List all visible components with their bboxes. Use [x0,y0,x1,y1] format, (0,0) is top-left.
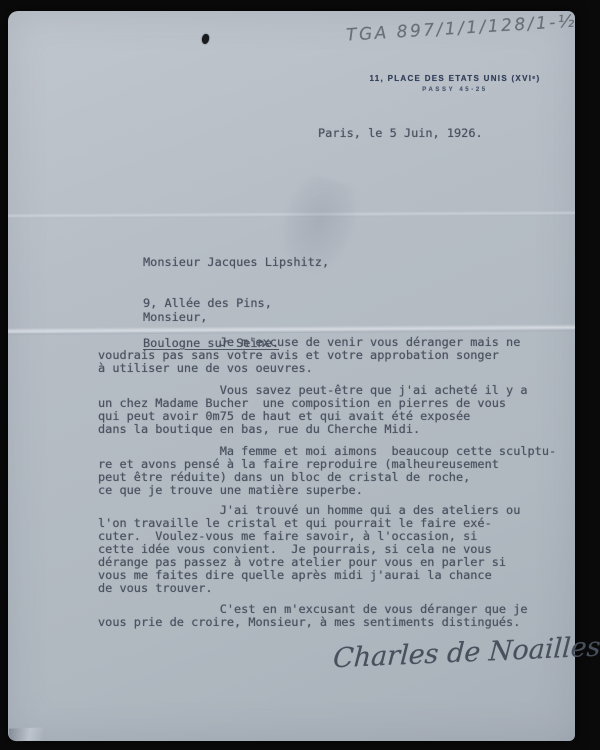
letterhead: 11, PLACE DES ETATS UNIS (XVIᵉ) PASSY 45… [340,74,570,93]
scan-stage: TGA 897/1/1/128/1-½ 11, PLACE DES ETATS … [0,0,600,750]
letterhead-address: 11, PLACE DES ETATS UNIS (XVIᵉ) [340,74,570,83]
letterhead-phone: PASSY 45-25 [340,87,570,93]
letter-paragraph-5: C'est en m'excusant de vous déranger que… [98,603,538,629]
letter-paragraph-2: Vous savez peut-être que j'ai acheté il … [98,384,538,436]
letter-paragraph-1: Je m'excuse de venir vous déranger mais … [98,336,538,375]
scan-background: { "archive_reference": "TGA 897/1/1/128/… [0,0,600,750]
recipient-name: Monsieur Jacques Lipshitz, [143,256,329,270]
salutation: Monsieur, [143,311,207,324]
letter-paragraph-3: Ma femme et moi aimons beaucoup cette sc… [98,445,538,497]
letter-paragraph-4: J'ai trouvé un homme qui a des ateliers … [98,504,538,595]
recipient-street: 9, Allée des Pins, [143,297,329,311]
dateline: Paris, le 5 Juin, 1926. [318,127,483,140]
corner-fold [9,727,43,741]
